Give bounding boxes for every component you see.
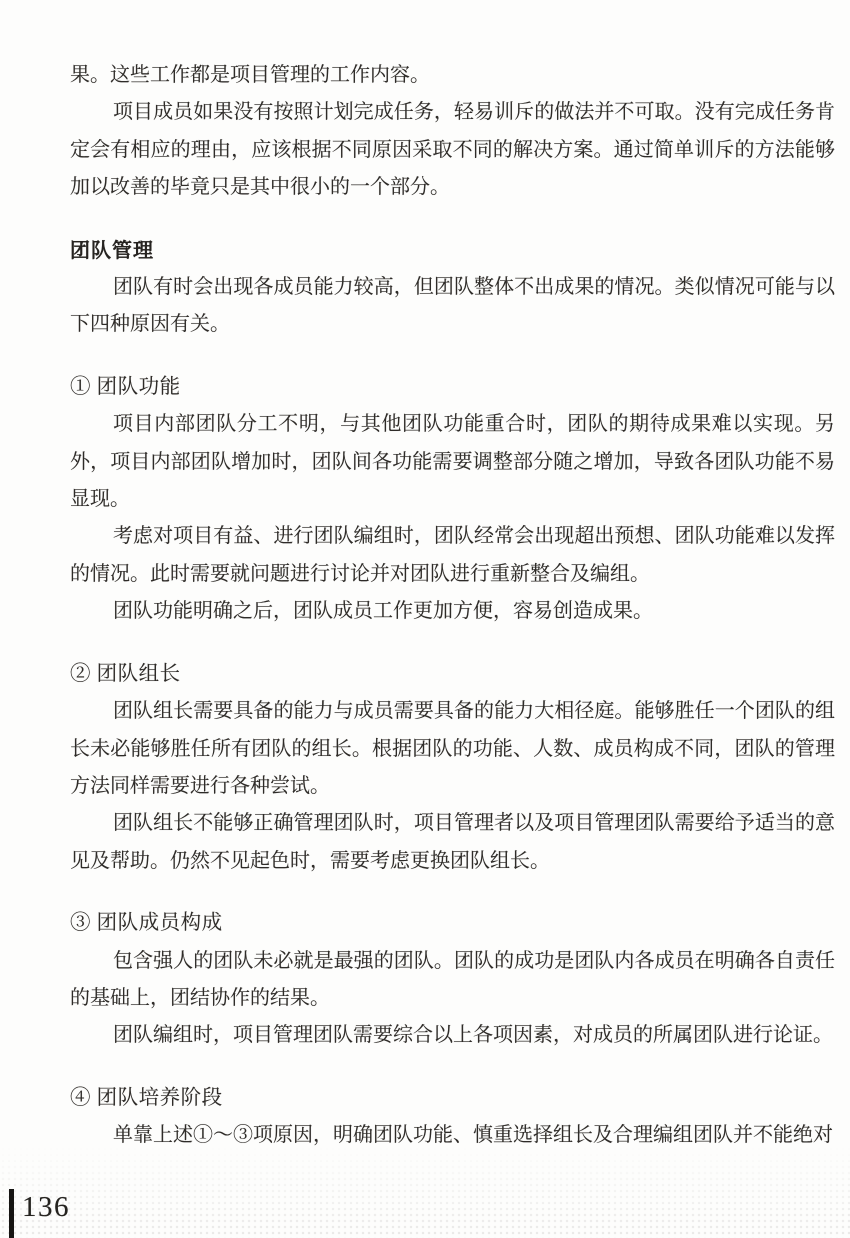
body-paragraph: 单靠上述①～③项原因，明确团队功能、慎重选择组长及合理编组团队并不能绝对: [70, 1117, 835, 1154]
scan-halftone-texture: [0, 1146, 850, 1238]
subsection-heading: ③ 团队成员构成: [70, 905, 835, 942]
page-footer: 136: [9, 1189, 70, 1238]
subsection-heading: ② 团队组长: [70, 656, 835, 693]
page-number-bar: [9, 1189, 14, 1238]
subsection-heading: ① 团队功能: [70, 369, 835, 406]
subsection-team-composition: ③ 团队成员构成 包含强人的团队未必就是最强的团队。团队的成功是团队内各成员在明…: [70, 905, 835, 1055]
body-paragraph: 团队功能明确之后，团队成员工作更加方便，容易创造成果。: [70, 593, 835, 630]
subsection-team-function: ① 团队功能 项目内部团队分工不明，与其他团队功能重合时，团队的期待成果难以实现…: [70, 369, 835, 631]
page-body: 果。这些工作都是项目管理的工作内容。 项目成员如果没有按照计划完成任务，轻易训斥…: [0, 0, 850, 1155]
subsection-team-leader: ② 团队组长 团队组长需要具备的能力与成员需要具备的能力大相径庭。能够胜任一个团…: [70, 656, 835, 880]
body-paragraph: 项目成员如果没有按照计划完成任务，轻易训斥的做法并不可取。没有完成任务肯定会有相…: [70, 94, 835, 206]
body-paragraph: 团队组长需要具备的能力与成员需要具备的能力大相径庭。能够胜任一个团队的组长未必能…: [70, 693, 835, 805]
continuation-paragraph: 果。这些工作都是项目管理的工作内容。: [70, 57, 835, 94]
section-intro-paragraph: 团队有时会出现各成员能力较高，但团队整体不出成果的情况。类似情况可能与以下四种原…: [70, 269, 835, 344]
body-paragraph: 项目内部团队分工不明，与其他团队功能重合时，团队的期待成果难以实现。另外，项目内…: [70, 406, 835, 518]
subsection-team-development-stage: ④ 团队培养阶段 单靠上述①～③项原因，明确团队功能、慎重选择组长及合理编组团队…: [70, 1080, 835, 1155]
subsection-heading: ④ 团队培养阶段: [70, 1080, 835, 1117]
page-number: 136: [22, 1193, 70, 1222]
body-paragraph: 团队组长不能够正确管理团队时，项目管理者以及项目管理团队需要给予适当的意见及帮助…: [70, 805, 835, 880]
section-title: 团队管理: [70, 232, 835, 269]
body-paragraph: 包含强人的团队未必就是最强的团队。团队的成功是团队内各成员在明确各自责任的基础上…: [70, 943, 835, 1018]
body-paragraph: 团队编组时，项目管理团队需要综合以上各项因素，对成员的所属团队进行论证。: [70, 1017, 835, 1054]
body-paragraph: 考虑对项目有益、进行团队编组时，团队经常会出现超出预想、团队功能难以发挥的情况。…: [70, 518, 835, 593]
scanned-book-page: 果。这些工作都是项目管理的工作内容。 项目成员如果没有按照计划完成任务，轻易训斥…: [0, 0, 850, 1238]
